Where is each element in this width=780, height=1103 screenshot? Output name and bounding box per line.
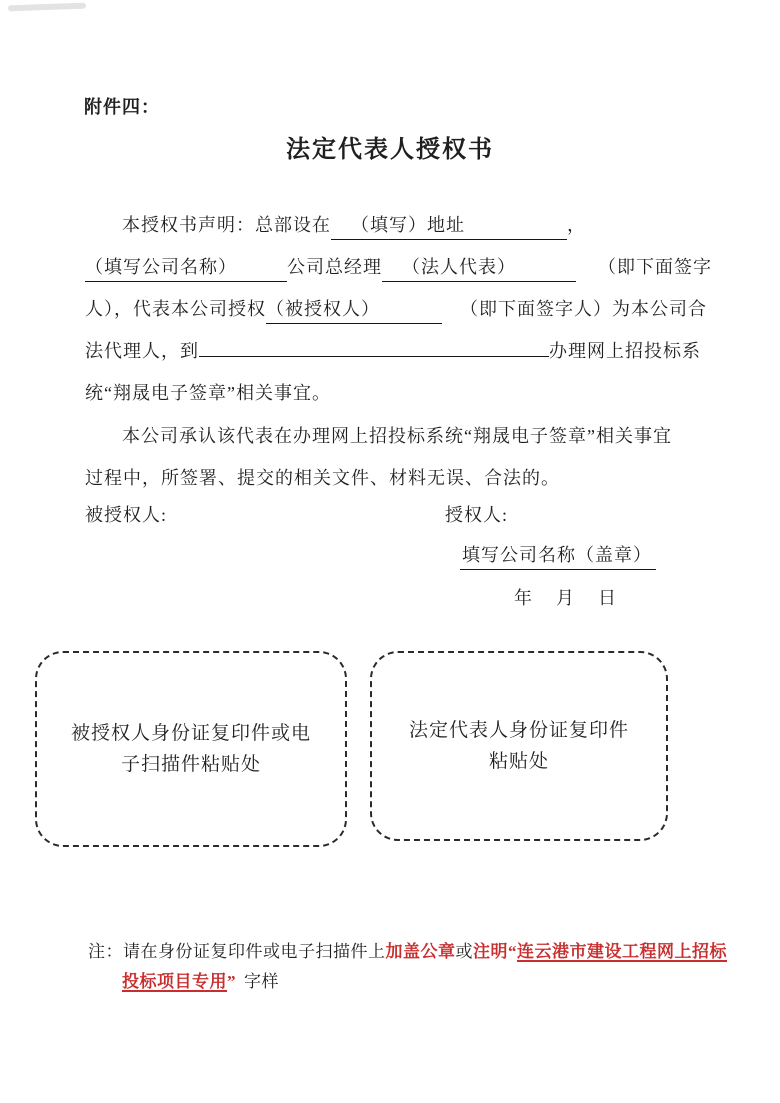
legal-rep-id-paste-box: 法定代表人身份证复印件 粘贴处 [370,651,668,841]
grantee-note-text: （即下面签字人）为本公司合 [460,299,707,319]
system-text: 办理网上招投标系 [549,341,701,361]
note-open-quote: “ [508,942,517,961]
agent-pre-text: 法代理人，到 [85,341,199,361]
date-line: 年 月 日 [514,584,619,610]
scan-artifact [8,3,86,12]
address-blank-field: （填写）地址 [331,212,567,240]
grantee-id-paste-box: 被授权人身份证复印件或电 子扫描件粘贴处 [35,651,347,847]
note-project-name-part2: 投标项目专用 [122,972,227,991]
note-project-name-part1: 连云港市建设工程网上招标 [517,942,727,961]
company-name-blank-field: （填写公司名称） [85,254,287,282]
note-label: 注： [88,942,123,961]
note-seal-highlight: 加盖公章 [386,942,456,961]
para2-line2: 过程中，所签署、提交的相关文件、材料无误、合法的。 [85,465,560,491]
para1-line5: 统“翔晟电子签章”相关事宜。 [85,380,331,406]
paste-box-text-line: 法定代表人身份证复印件 [409,715,629,746]
para1-line3: 人），代表本公司授权（被授权人）（即下面签字人）为本公司合 [85,296,707,324]
note-text: 请在身份证复印件或电子扫描件上 [123,942,386,961]
note-mark-highlight: 注明 [473,942,508,961]
para2-line1: 本公司承认该代表在办理网上招投标系统“翔晟电子签章”相关事宜 [85,423,672,449]
authorize-pre-text: 人），代表本公司授权 [85,299,266,319]
general-manager-text: 公司总经理 [287,257,382,277]
attachment-label: 附件四： [84,93,160,119]
note-line1: 注：请在身份证复印件或电子扫描件上加盖公章或注明“连云港市建设工程网上招标 [88,940,727,964]
document-page: 附件四： 法定代表人授权书 本授权书声明：总部设在（填写）地址， （填写公司名称… [0,0,780,1103]
legal-rep-blank-field: （法人代表） [382,254,576,282]
acknowledgement-text: 本公司承认该代表在办理网上招投标系统“翔晟电子签章”相关事宜 [122,426,672,446]
note-line2: 投标项目专用”字样 [122,970,279,994]
signer-note-text: （即下面签字 [598,257,712,277]
acknowledgement-text-cont: 过程中，所签署、提交的相关文件、材料无误、合法的。 [85,468,560,488]
para1-line2: （填写公司名称）公司总经理（法人代表）（即下面签字 [85,254,712,282]
line1-comma: ， [567,215,586,235]
paste-box-text-line: 子扫描件粘贴处 [71,749,311,780]
statement-pre-text: 本授权书声明：总部设在 [122,215,331,235]
grantee-id-paste-box-label: 被授权人身份证复印件或电 子扫描件粘贴处 [71,718,311,780]
document-title: 法定代表人授权书 [0,129,780,164]
para1-line4: 法代理人，到办理网上招投标系 [85,338,701,364]
destination-blank-field [199,355,549,357]
note-or-text: 或 [456,942,474,961]
company-name-seal-line: 填写公司名称（盖章） [460,541,656,570]
paste-box-text-line: 被授权人身份证复印件或电 [71,718,311,749]
para1-line1: 本授权书声明：总部设在（填写）地址， [85,212,586,240]
note-tail-text: 字样 [244,972,279,991]
legal-rep-id-paste-box-label: 法定代表人身份证复印件 粘贴处 [409,715,629,777]
grantee-blank-field: （被授权人） [266,296,442,324]
system-matters-text: 统“翔晟电子签章”相关事宜。 [85,383,331,403]
grantor-signature-label: 授权人: [445,501,508,527]
grantee-signature-label: 被授权人: [85,501,167,527]
paste-box-text-line: 粘贴处 [409,746,629,777]
note-close-quote: ” [227,972,236,991]
